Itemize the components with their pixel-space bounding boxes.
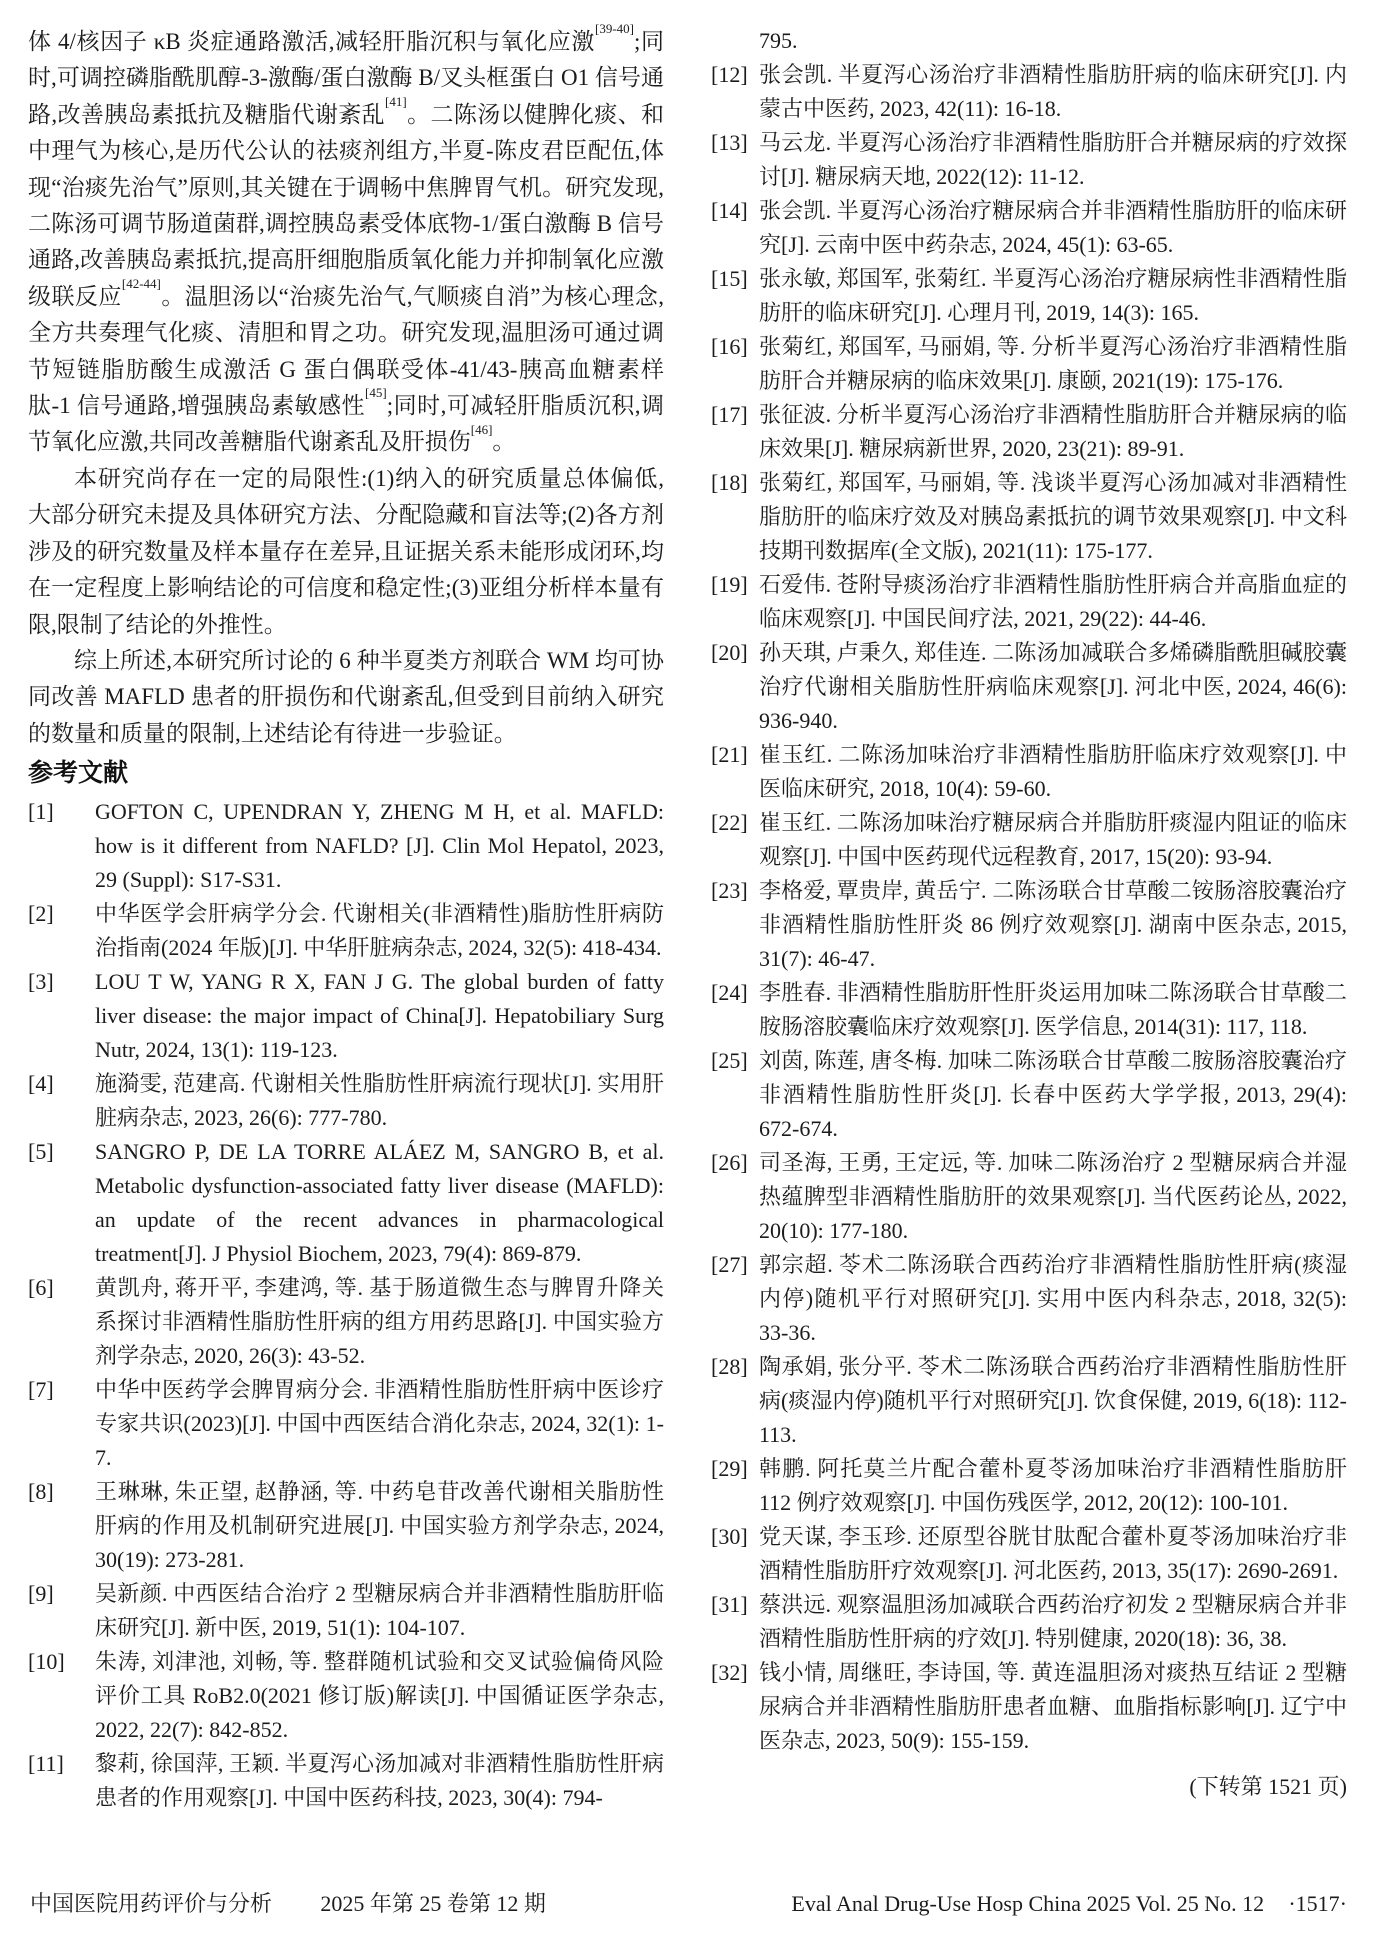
reference-text: 陶承娟, 张分平. 苓术二陈汤联合西药治疗非酒精性脂肪性肝病(痰湿内停)随机平行… [759,1350,1347,1452]
reference-item: [26] 司圣海, 王勇, 王定远, 等. 加味二陈汤治疗 2 型糖尿病合并湿热… [711,1146,1347,1248]
reference-number: [22] [711,806,759,840]
reference-item: [29] 韩鹏. 阿托莫兰片配合藿朴夏苓汤加味治疗非酒精性脂肪肝 112 例疗效… [711,1452,1347,1520]
reference-number: [3] [28,965,95,999]
reference-number: [6] [28,1271,95,1305]
reference-number: [23] [711,874,759,908]
reference-text: SANGRO P, DE LA TORRE ALÁEZ M, SANGRO B,… [95,1135,664,1271]
reference-item: [3] LOU T W, YANG R X, FAN J G. The glob… [28,965,664,1067]
reference-text: 石爱伟. 苍附导痰汤治疗非酒精性脂肪性肝病合并高脂血症的临床观察[J]. 中国民… [759,568,1347,636]
reference-item: [11] 黎莉, 徐国萍, 王颖. 半夏泻心汤加减对非酒精性脂肪性肝病患者的作用… [28,1747,664,1815]
reference-text: 中华医学会肝病学分会. 代谢相关(非酒精性)脂肪性肝病防治指南(2024 年版)… [95,897,664,965]
reference-number: [17] [711,398,759,432]
reference-number: [14] [711,194,759,228]
reference-number: [8] [28,1475,95,1509]
reference-number: [20] [711,636,759,670]
reference-item: [14] 张会凯. 半夏泻心汤治疗糖尿病合并非酒精性脂肪肝的临床研究[J]. 云… [711,194,1347,262]
reference-text: 马云龙. 半夏泻心汤治疗非酒精性脂肪肝合并糖尿病的疗效探讨[J]. 糖尿病天地,… [759,126,1347,194]
citation-superscript: [39-40] [595,21,634,36]
reference-item: [7] 中华中医药学会脾胃病分会. 非酒精性脂肪性肝病中医诊疗专家共识(2023… [28,1373,664,1475]
citation-superscript: [45] [365,385,387,400]
reference-number: [11] [28,1747,95,1781]
reference-number: [5] [28,1135,95,1169]
reference-item: [24] 李胜春. 非酒精性脂肪肝性肝炎运用加味二陈汤联合甘草酸二胺肠溶胶囊临床… [711,976,1347,1044]
reference-number: [2] [28,897,95,931]
reference-text: 黎莉, 徐国萍, 王颖. 半夏泻心汤加减对非酒精性脂肪性肝病患者的作用观察[J]… [95,1747,664,1815]
reference-text: 朱涛, 刘津池, 刘畅, 等. 整群随机试验和交叉试验偏倚风险评价工具 RoB2… [95,1645,664,1747]
reference-text: 钱小情, 周继旺, 李诗国, 等. 黄连温胆汤对痰热互结证 2 型糖尿病合并非酒… [759,1656,1347,1758]
reference-number: [1] [28,795,95,829]
footer-left: 中国医院用药评价与分析2025 年第 25 卷第 12 期 [30,1889,546,1919]
reference-number: [24] [711,976,759,1010]
reference-number: [21] [711,738,759,772]
reference-item: [27] 郭宗超. 苓术二陈汤联合西药治疗非酒精性脂肪性肝病(痰湿内停)随机平行… [711,1248,1347,1350]
reference-item: [23] 李格爱, 覃贵岸, 黄岳宁. 二陈汤联合甘草酸二铵肠溶胶囊治疗非酒精性… [711,874,1347,976]
reference-number: [15] [711,262,759,296]
reference-item: [5] SANGRO P, DE LA TORRE ALÁEZ M, SANGR… [28,1135,664,1271]
reference-text: 张会凯. 半夏泻心汤治疗糖尿病合并非酒精性脂肪肝的临床研究[J]. 云南中医中药… [759,194,1347,262]
reference-item: [15] 张永敏, 郑国军, 张菊红. 半夏泻心汤治疗糖尿病性非酒精性脂肪肝的临… [711,262,1347,330]
reference-item: [4] 施漪雯, 范建高. 代谢相关性脂肪性肝病流行现状[J]. 实用肝脏病杂志… [28,1067,664,1135]
reference-number: [27] [711,1248,759,1282]
reference-text: 崔玉红. 二陈汤加味治疗糖尿病合并脂肪肝痰湿内阻证的临床观察[J]. 中国中医药… [759,806,1347,874]
reference-item: [8] 王琳琳, 朱正望, 赵静涵, 等. 中药皂苷改善代谢相关脂肪性肝病的作用… [28,1475,664,1577]
body-paragraph-1: 体 4/核因子 κB 炎症通路激活,减轻肝脂沉积与氧化应激[39-40];同时,… [28,24,664,461]
reference-text: 张会凯. 半夏泻心汤治疗非酒精性脂肪肝病的临床研究[J]. 内蒙古中医药, 20… [759,58,1347,126]
reference-text: 崔玉红. 二陈汤加味治疗非酒精性脂肪肝临床疗效观察[J]. 中医临床研究, 20… [759,738,1347,806]
reference-item: [13] 马云龙. 半夏泻心汤治疗非酒精性脂肪肝合并糖尿病的疗效探讨[J]. 糖… [711,126,1347,194]
references-heading: 参考文献 [28,755,664,791]
reference-list-left: [1] GOFTON C, UPENDRAN Y, ZHENG M H, et … [28,795,664,1815]
reference-number: [16] [711,330,759,364]
reference-item: [2] 中华医学会肝病学分会. 代谢相关(非酒精性)脂肪性肝病防治指南(2024… [28,897,664,965]
footer-page-number: ·1517· [1288,1891,1347,1916]
reference-number: [12] [711,58,759,92]
body-paragraph-3: 综上所述,本研究所讨论的 6 种半夏类方剂联合 WM 均可协同改善 MAFLD … [28,643,664,752]
reference-text: 中华中医药学会脾胃病分会. 非酒精性脂肪性肝病中医诊疗专家共识(2023)[J]… [95,1373,664,1475]
reference-text: 黄凯舟, 蒋开平, 李建鸿, 等. 基于肠道微生态与脾胃升降关系探讨非酒精性脂肪… [95,1271,664,1373]
reference-text: 韩鹏. 阿托莫兰片配合藿朴夏苓汤加味治疗非酒精性脂肪肝 112 例疗效观察[J]… [759,1452,1347,1520]
footer-journal-title-en: Eval Anal Drug-Use Hosp China 2025 Vol. … [791,1891,1264,1916]
reference-number: [31] [711,1588,759,1622]
reference-number: [7] [28,1373,95,1407]
reference-text: 王琳琳, 朱正望, 赵静涵, 等. 中药皂苷改善代谢相关脂肪性肝病的作用及机制研… [95,1475,664,1577]
reference-item: [9] 吴新颜. 中西医结合治疗 2 型糖尿病合并非酒精性脂肪肝临床研究[J].… [28,1577,664,1645]
reference-text: 施漪雯, 范建高. 代谢相关性脂肪性肝病流行现状[J]. 实用肝脏病杂志, 20… [95,1067,664,1135]
continued-note: (下转第 1521 页) [711,1770,1347,1804]
reference-item: [25] 刘茵, 陈莲, 唐冬梅. 加味二陈汤联合甘草酸二胺肠溶胶囊治疗非酒精性… [711,1044,1347,1146]
reference-number: [4] [28,1067,95,1101]
reference-item: [1] GOFTON C, UPENDRAN Y, ZHENG M H, et … [28,795,664,897]
reference-item: [20] 孙天琪, 卢秉久, 郑佳连. 二陈汤加减联合多烯磷脂酰胆碱胶囊治疗代谢… [711,636,1347,738]
reference-text: 蔡洪远. 观察温胆汤加减联合西药治疗初发 2 型糖尿病合并非酒精性脂肪性肝病的疗… [759,1588,1347,1656]
footer-issue-cn: 2025 年第 25 卷第 12 期 [320,1891,546,1916]
reference-item: [28] 陶承娟, 张分平. 苓术二陈汤联合西药治疗非酒精性脂肪性肝病(痰湿内停… [711,1350,1347,1452]
reference-text: 吴新颜. 中西医结合治疗 2 型糖尿病合并非酒精性脂肪肝临床研究[J]. 新中医… [95,1577,664,1645]
citation-superscript: [42-44] [122,276,161,291]
citation-superscript: [46] [471,422,493,437]
reference-number: [30] [711,1520,759,1554]
reference-number: [9] [28,1577,95,1611]
reference-item: [31] 蔡洪远. 观察温胆汤加减联合西药治疗初发 2 型糖尿病合并非酒精性脂肪… [711,1588,1347,1656]
reference-text: 李格爱, 覃贵岸, 黄岳宁. 二陈汤联合甘草酸二铵肠溶胶囊治疗非酒精性脂肪性肝炎… [759,874,1347,976]
footer-journal-title-cn: 中国医院用药评价与分析 [30,1891,272,1916]
footer-right: Eval Anal Drug-Use Hosp China 2025 Vol. … [791,1889,1347,1919]
reference-item: [10] 朱涛, 刘津池, 刘畅, 等. 整群随机试验和交叉试验偏倚风险评价工具… [28,1645,664,1747]
reference-text: 刘茵, 陈莲, 唐冬梅. 加味二陈汤联合甘草酸二胺肠溶胶囊治疗非酒精性脂肪性肝炎… [759,1044,1347,1146]
reference-text: 张菊红, 郑国军, 马丽娟, 等. 分析半夏泻心汤治疗非酒精性脂肪肝合并糖尿病的… [759,330,1347,398]
reference-item: [19] 石爱伟. 苍附导痰汤治疗非酒精性脂肪性肝病合并高脂血症的临床观察[J]… [711,568,1347,636]
reference-item: [12] 张会凯. 半夏泻心汤治疗非酒精性脂肪肝病的临床研究[J]. 内蒙古中医… [711,58,1347,126]
reference-item: [22] 崔玉红. 二陈汤加味治疗糖尿病合并脂肪肝痰湿内阻证的临床观察[J]. … [711,806,1347,874]
reference-item: [16] 张菊红, 郑国军, 马丽娟, 等. 分析半夏泻心汤治疗非酒精性脂肪肝合… [711,330,1347,398]
reference-text: GOFTON C, UPENDRAN Y, ZHENG M H, et al. … [95,795,664,897]
reference-item: [6] 黄凯舟, 蒋开平, 李建鸿, 等. 基于肠道微生态与脾胃升降关系探讨非酒… [28,1271,664,1373]
citation-superscript: [41] [385,94,407,109]
reference-item: [30] 党天谋, 李玉珍. 还原型谷胱甘肽配合藿朴夏苓汤加味治疗非酒精性脂肪肝… [711,1520,1347,1588]
reference-number: [18] [711,466,759,500]
reference-number: [32] [711,1656,759,1690]
reference-number: [29] [711,1452,759,1486]
reference-number: [25] [711,1044,759,1078]
reference-number: [26] [711,1146,759,1180]
reference-text: 司圣海, 王勇, 王定远, 等. 加味二陈汤治疗 2 型糖尿病合并湿热蕴脾型非酒… [759,1146,1347,1248]
reference-text: 孙天琪, 卢秉久, 郑佳连. 二陈汤加减联合多烯磷脂酰胆碱胶囊治疗代谢相关脂肪性… [759,636,1347,738]
reference-item: [32] 钱小情, 周继旺, 李诗国, 等. 黄连温胆汤对痰热互结证 2 型糖尿… [711,1656,1347,1758]
reference-text: 李胜春. 非酒精性脂肪肝性肝炎运用加味二陈汤联合甘草酸二胺肠溶胶囊临床疗效观察[… [759,976,1347,1044]
reference-item: [21] 崔玉红. 二陈汤加味治疗非酒精性脂肪肝临床疗效观察[J]. 中医临床研… [711,738,1347,806]
journal-page: 体 4/核因子 κB 炎症通路激活,减轻肝脂沉积与氧化应激[39-40];同时,… [0,0,1375,1940]
reference-item: [18] 张菊红, 郑国军, 马丽娟, 等. 浅谈半夏泻心汤加减对非酒精性脂肪肝… [711,466,1347,568]
body-paragraph-2: 本研究尚存在一定的局限性:(1)纳入的研究质量总体偏低,大部分研究未提及具体研究… [28,461,664,643]
left-column: 体 4/核因子 κB 炎症通路激活,减轻肝脂沉积与氧化应激[39-40];同时,… [28,24,664,1815]
reference-number: [10] [28,1645,95,1679]
reference-number: [13] [711,126,759,160]
reference-text: 党天谋, 李玉珍. 还原型谷胱甘肽配合藿朴夏苓汤加味治疗非酒精性脂肪肝疗效观察[… [759,1520,1347,1588]
reference-text: LOU T W, YANG R X, FAN J G. The global b… [95,965,664,1067]
reference-text: 张菊红, 郑国军, 马丽娟, 等. 浅谈半夏泻心汤加减对非酒精性脂肪肝的临床疗效… [759,466,1347,568]
reference-text: 张永敏, 郑国军, 张菊红. 半夏泻心汤治疗糖尿病性非酒精性脂肪肝的临床研究[J… [759,262,1347,330]
reference-text: 张征波. 分析半夏泻心汤治疗非酒精性脂肪肝合并糖尿病的临床效果[J]. 糖尿病新… [759,398,1347,466]
reference-item: [17] 张征波. 分析半夏泻心汤治疗非酒精性脂肪肝合并糖尿病的临床效果[J].… [711,398,1347,466]
reference-continuation: 795. [711,24,1347,58]
right-column: 795. [12] 张会凯. 半夏泻心汤治疗非酒精性脂肪肝病的临床研究[J]. … [711,24,1347,1804]
reference-text: 郭宗超. 苓术二陈汤联合西药治疗非酒精性脂肪性肝病(痰湿内停)随机平行对照研究[… [759,1248,1347,1350]
reference-number: [19] [711,568,759,602]
reference-list-right: [12] 张会凯. 半夏泻心汤治疗非酒精性脂肪肝病的临床研究[J]. 内蒙古中医… [711,58,1347,1758]
reference-number: [28] [711,1350,759,1384]
